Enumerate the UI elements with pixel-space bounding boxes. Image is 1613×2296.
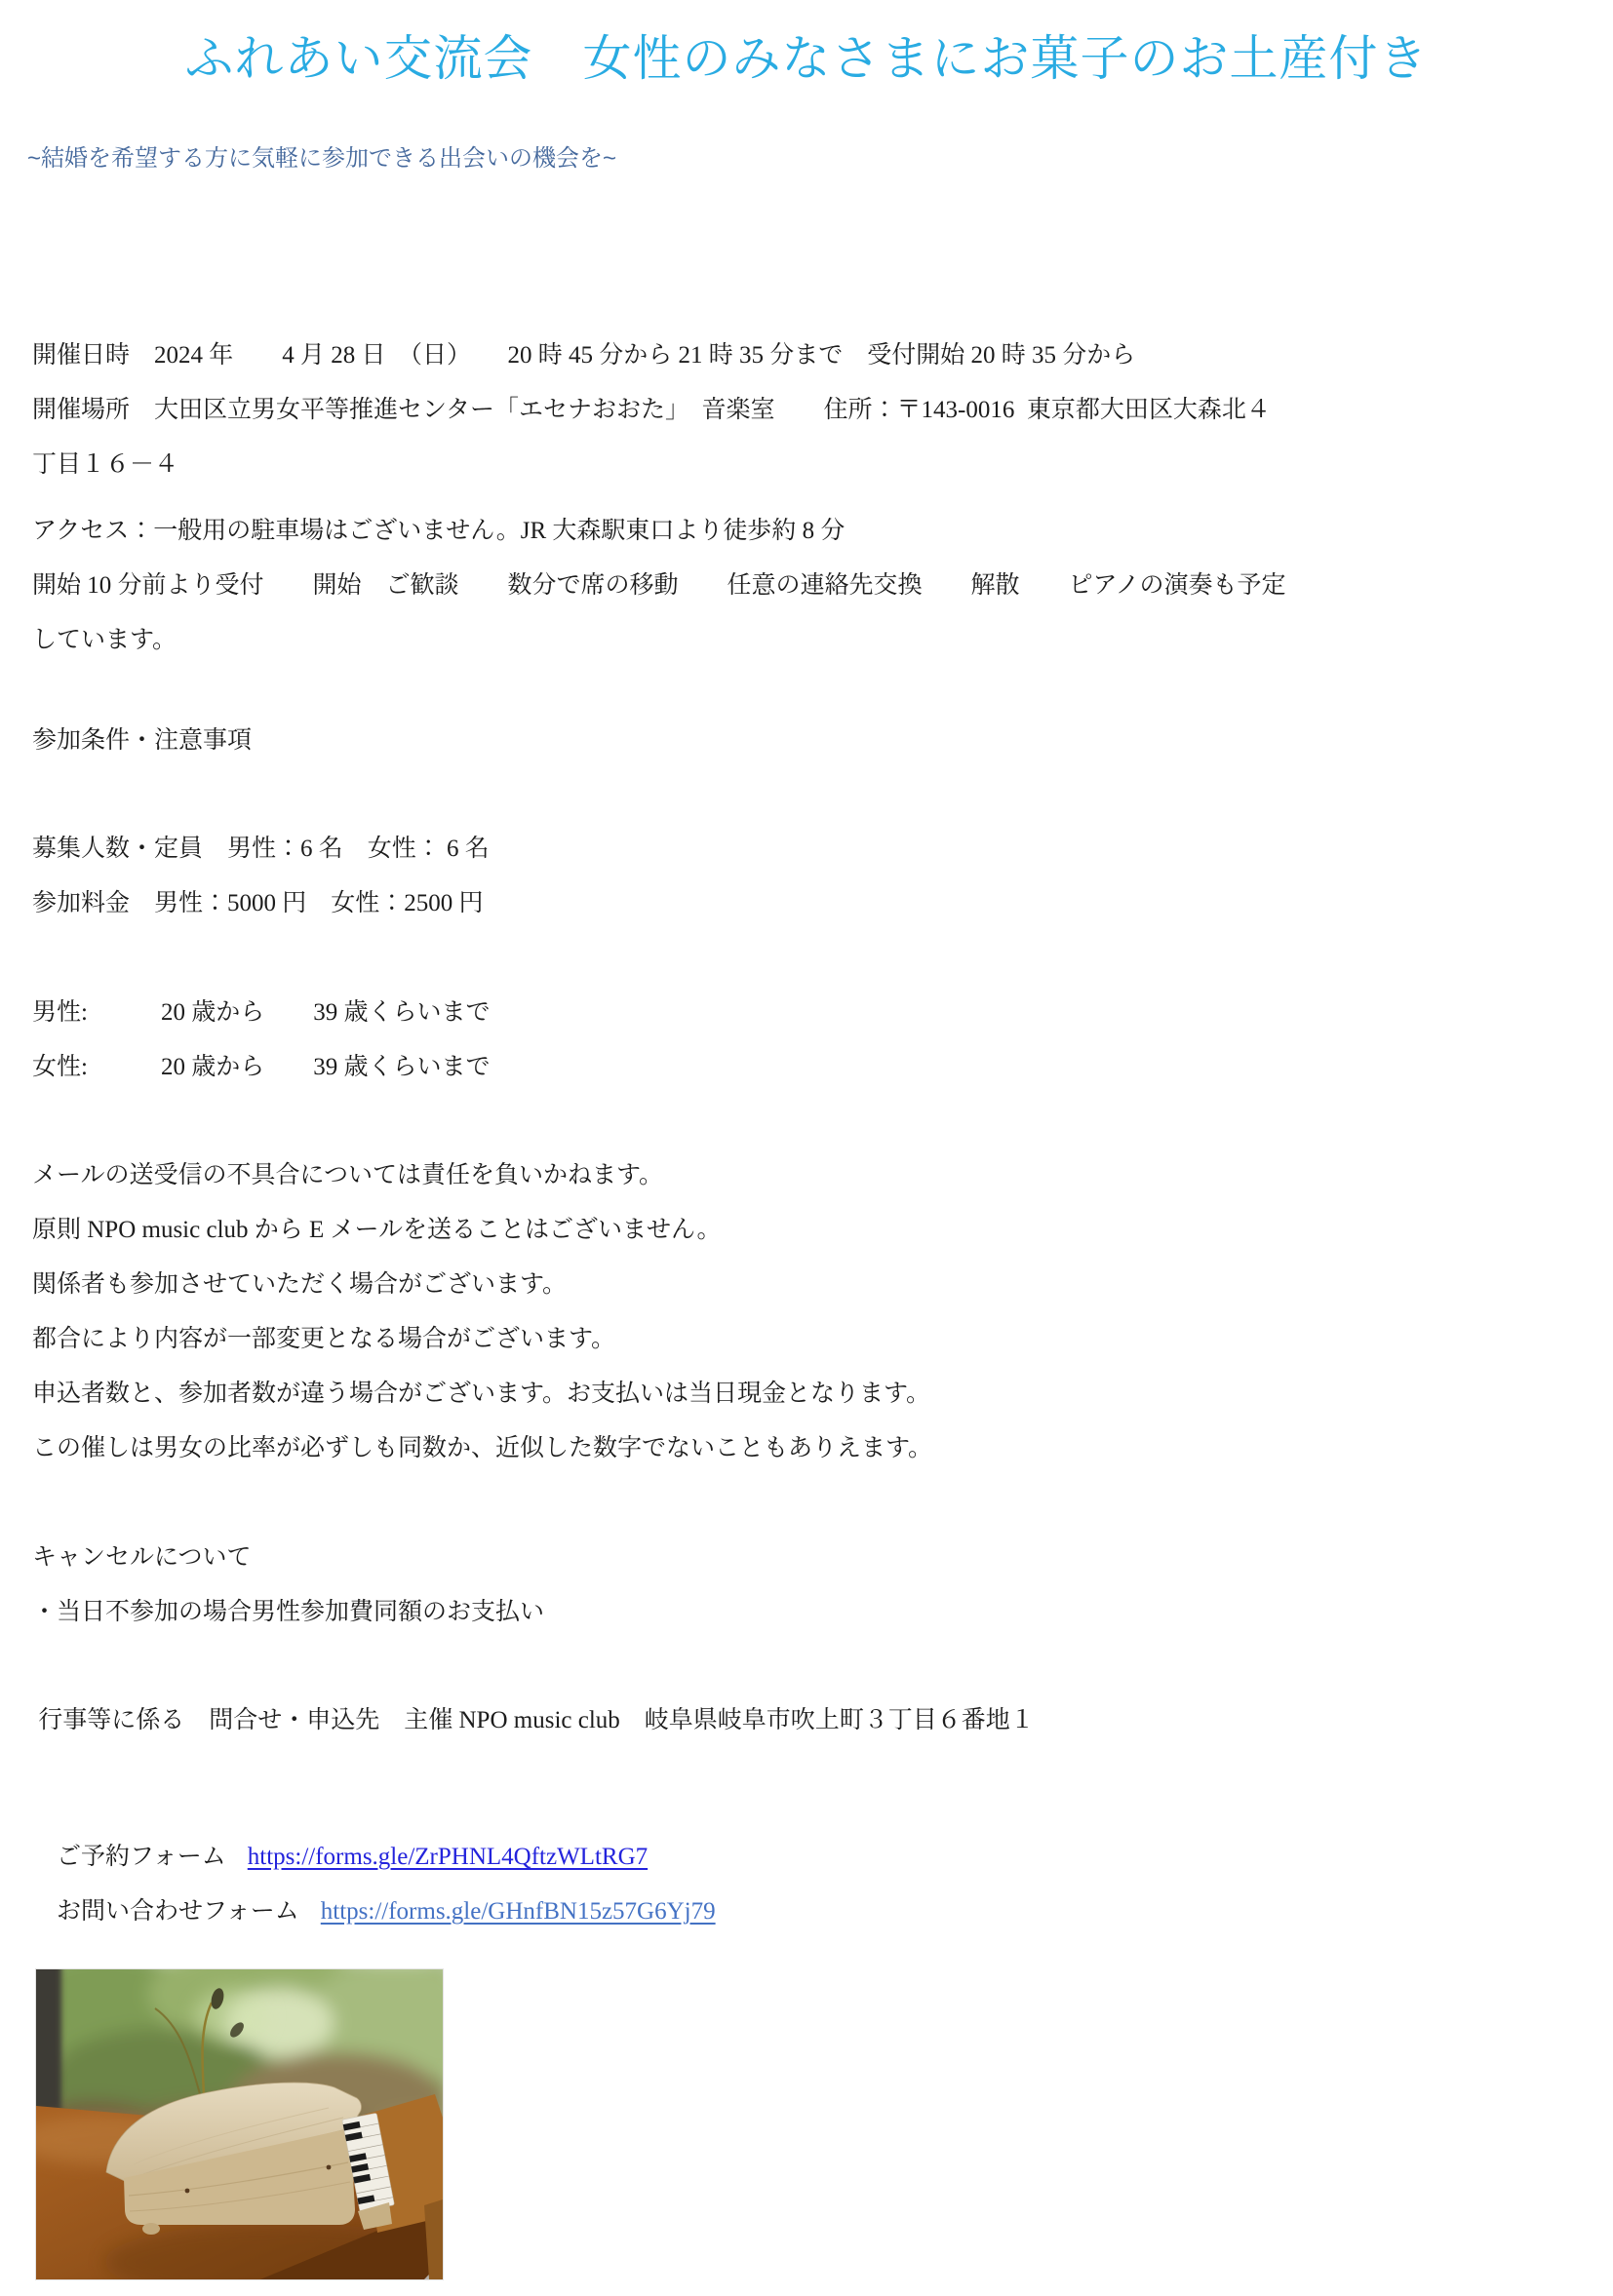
event-venue-line-2: 丁目１６－４ [32,450,178,480]
reservation-form-link[interactable]: https://forms.gle/ZrPHNL4QftzWLtRG7 [248,1844,648,1870]
event-schedule-line-1: 開始 10 分前より受付 開始 ご歓談 数分で席の移動 任意の連絡先交換 解散 … [32,571,1286,601]
note-line: 都合により内容が一部変更となる場合がございます。 [32,1325,615,1354]
event-access-line: アクセス：一般用の駐車場はございません。JR 大森駅東口より徒歩約 8 分 [32,517,845,546]
note-line: 申込者数と、参加者数が違う場合がございます。お支払いは当日現金となります。 [32,1380,930,1409]
cancellation-heading: キャンセルについて [32,1543,252,1573]
capacity-line: 募集人数・定員 男性：6 名 女性： 6 名 [32,835,490,864]
piano-foot [142,2223,160,2235]
fee-line: 参加料金 男性：5000 円 女性：2500 円 [32,889,484,918]
event-venue-line-1: 開催場所 大田区立男女平等推進センター「エセナおおた」 音楽室 住所：〒143-… [32,396,1271,425]
toy-piano-photo [36,1969,443,2279]
note-line: この催しは男女の比率が必ずしも同数か、近似した数字でないこともありえます。 [32,1434,932,1463]
organizer-line: 行事等に係る 問合せ・申込先 主催 NPO music club 岐阜県岐阜市吹… [32,1706,1035,1735]
event-schedule-line-2: しています。 [32,626,177,655]
reservation-form-label: ご予約フォーム [57,1844,226,1870]
note-line: 原則 NPO music club から E メールを送ることはございません。 [32,1216,722,1245]
cancellation-policy-line: ・当日不参加の場合男性参加費同額のお支払い [32,1598,544,1627]
contact-form-link[interactable]: https://forms.gle/GHnfBN15z57G6Yj79 [321,1898,716,1925]
age-range-male-line: 男性: 20 歳から 39 歳くらいまで [32,998,490,1028]
page-subtitle: ~結婚を希望する方に気軽に参加できる出会いの機会を~ [27,138,616,173]
page-title: ふれあい交流会 女性のみなさまにお菓子のお土産付き [0,19,1613,90]
contact-form-label: お問い合わせフォーム [57,1898,299,1925]
conditions-heading: 参加条件・注意事項 [32,726,252,756]
note-line: 関係者も参加させていただく場合がございます。 [32,1270,567,1300]
event-datetime-line: 開催日時 2024 年 4 月 28 日 （日） 20 時 45 分から 21 … [32,341,1135,370]
document-page: ふれあい交流会 女性のみなさまにお菓子のお土産付き ~結婚を希望する方に気軽に参… [0,0,1613,2296]
age-range-female-line: 女性: 20 歳から 39 歳くらいまで [32,1053,490,1082]
contact-form-line: お問い合わせフォームhttps://forms.gle/GHnfBN15z57G… [32,1868,716,1956]
event-photo [35,1968,444,2280]
note-line: メールの送受信の不具合については責任を負いかねます。 [32,1161,663,1190]
